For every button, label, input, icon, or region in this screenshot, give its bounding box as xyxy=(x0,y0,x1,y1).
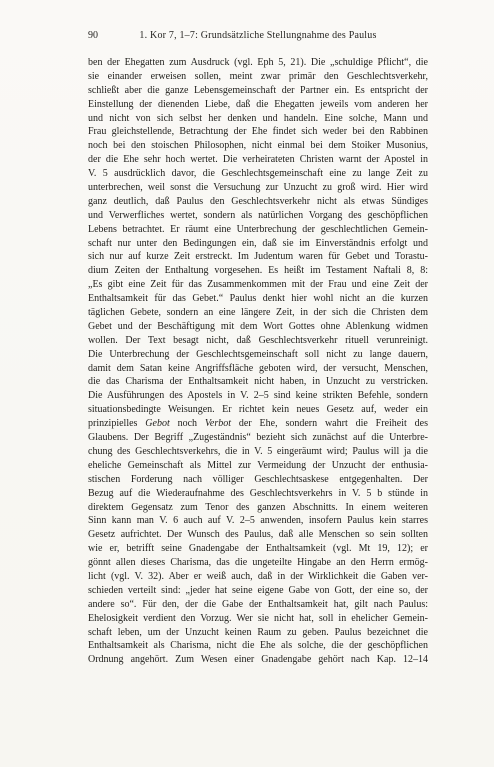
body-text-run: schaft leben, um der Unzucht keinen Raum… xyxy=(88,627,428,638)
body-text-run: Lebens betrachtet. Er räumt eine Unterbr… xyxy=(88,224,428,235)
body-text-run: Frau gleichstellende, Betrachtung der Eh… xyxy=(88,126,428,137)
text-line: unterbrechen, weil sonst die Versuchung … xyxy=(88,181,428,195)
body-text-run: Gebet und der Beschäftigung mit dem Wort… xyxy=(88,321,428,332)
text-line: V. 5 ausdrücklich davor, die Geschlechts… xyxy=(88,167,428,181)
body-text-run: schieden verteilt sind: „jeder hat seine… xyxy=(88,585,428,596)
text-line: Lebens betrachtet. Er räumt eine Unterbr… xyxy=(88,223,428,237)
text-line: sich nur auf kurze Zeit erstreckt. Im Ju… xyxy=(88,250,428,264)
body-text-run: chung des Geschlechtsverkehrs, die in V.… xyxy=(88,446,428,457)
body-text-run: gönnt allen dieses Charisma, das die ung… xyxy=(88,557,428,568)
body-text-run: Die Unterbrechung der Geschlechtsgemeins… xyxy=(88,349,428,360)
body-text-run: täglichen Gebete, sondern an eine länger… xyxy=(88,307,428,318)
text-line: wie er, betrifft seine Gnadengabe der En… xyxy=(88,542,428,556)
text-line: wollen. Der Text besagt nicht, daß Gesch… xyxy=(88,334,428,348)
body-text-run: stischen Forderung nach völliger Geschle… xyxy=(88,474,428,485)
body-text-run: Enthaltsamkeit für das Gebet.“ Paulus de… xyxy=(88,293,428,304)
body-text-run: Gesetz aufrichtet. Der Wunsch des Paulus… xyxy=(88,529,428,540)
body-text-run: Glaubens. Der Begriff „Zugeständnis“ bez… xyxy=(88,432,428,443)
text-line: prinzipielles Gebot noch Verbot der Ehe,… xyxy=(88,417,428,431)
body-text-run: wollen. Der Text besagt nicht, daß Gesch… xyxy=(88,335,428,346)
body-text-run: Einstellung der dienenden Liebe, daß die… xyxy=(88,99,428,110)
text-line: die das Charisma der Enthaltsamkeit nich… xyxy=(88,375,428,389)
text-line: Glaubens. Der Begriff „Zugeständnis“ bez… xyxy=(88,431,428,445)
body-text-run: prinzipielles xyxy=(88,418,145,429)
text-line: Sinn kann man V. 6 auch auf V. 2–5 anwen… xyxy=(88,514,428,528)
body-text-run: Die Ausführungen des Apostels in V. 2–5 … xyxy=(88,390,428,401)
text-line: Ehelosigkeit verdient den Vorzug. Wer si… xyxy=(88,612,428,626)
text-line: situationsbedingte Weisungen. Er richtet… xyxy=(88,403,428,417)
text-line: Ordnung angehört. Zum Wesen einer Gnaden… xyxy=(88,653,428,667)
body-text-run: Ordnung angehört. Zum Wesen einer Gnaden… xyxy=(88,654,428,665)
page-header: 90 1. Kor 7, 1–7: Grundsätzliche Stellun… xyxy=(88,30,428,44)
text-line: schieden verteilt sind: „jeder hat seine… xyxy=(88,584,428,598)
body-text-run: noch bei den stoischen Philosophen, nich… xyxy=(88,140,428,151)
text-line: Die Unterbrechung der Geschlechtsgemeins… xyxy=(88,348,428,362)
text-line: schaft leben, um der Unzucht keinen Raum… xyxy=(88,626,428,640)
text-line: schließt aber die ganze Lebensgemeinscha… xyxy=(88,84,428,98)
text-line: und nicht von sich selbst her denken und… xyxy=(88,112,428,126)
text-line: 6Die Ausführungen des Apostels in V. 2–5… xyxy=(88,389,428,403)
text-line: Enthaltsamkeit als Charisma, nicht die E… xyxy=(88,639,428,653)
body-text-run: schließt aber die ganze Lebensgemeinscha… xyxy=(88,85,428,96)
text-line: schaft nur unter den Bedingungen ein, da… xyxy=(88,237,428,251)
body-text-run: Ehelosigkeit verdient den Vorzug. Wer si… xyxy=(88,613,428,624)
text-line: 5der die Ehe sehr hoch wertet. Die verhe… xyxy=(88,153,428,167)
body-text-run: direktem Gegensatz zum Tenor des ganzen … xyxy=(88,502,428,513)
emphasized-text: Gebot xyxy=(145,418,169,429)
body-text-run: und nicht von sich selbst her denken und… xyxy=(88,113,428,124)
body-text-run: wie er, betrifft seine Gnadengabe der En… xyxy=(88,543,428,554)
body-text-run: situationsbedingte Weisungen. Er richtet… xyxy=(88,404,428,415)
body-text-run: ganz deutlich, daß Paulus den Geschlecht… xyxy=(88,196,428,207)
body-text-run: und Verwerfliches wertet, sondern als na… xyxy=(88,210,428,221)
body-text-run: eheliche Gemeinschaft als Mittel zur Ver… xyxy=(88,460,428,471)
body-text-run: „Es gibt eine Zeit für das Zusammenkomme… xyxy=(88,279,428,290)
body-text-run: Bezug auf die Wiederaufnahme des Geschle… xyxy=(88,488,428,499)
text-line: noch bei den stoischen Philosophen, nich… xyxy=(88,139,428,153)
body-text-run: licht (vgl. V. 32). Aber er weiß auch, d… xyxy=(88,571,428,582)
text-line: andere so“. Für den, der die Gabe der En… xyxy=(88,598,428,612)
body-text-run: der die Ehe sehr hoch wertet. Die verhei… xyxy=(88,154,428,165)
body-text-run: damit dem Satan keine Angriffsfläche geb… xyxy=(88,363,428,374)
body-text-run: der Ehe, sondern wahrt die Freiheit des xyxy=(231,418,428,429)
text-line: Enthaltsamkeit für das Gebet.“ Paulus de… xyxy=(88,292,428,306)
body-text-run: dium Zeiten der Enthaltung vorgesehen. E… xyxy=(88,265,428,276)
text-line: direktem Gegensatz zum Tenor des ganzen … xyxy=(88,501,428,515)
text-line: damit dem Satan keine Angriffsfläche geb… xyxy=(88,362,428,376)
body-text-run: andere so“. Für den, der die Gabe der En… xyxy=(88,599,428,610)
body-text-run: sich nur auf kurze Zeit erstreckt. Im Ju… xyxy=(88,251,428,262)
text-line: sie einander erweisen sollen, meint zwar… xyxy=(88,70,428,84)
body-text-run: die das Charisma der Enthaltsamkeit nich… xyxy=(88,376,428,387)
body-text-run: ben der Ehegatten zum Ausdruck (vgl. Eph… xyxy=(88,57,428,68)
text-line: 7Gesetz aufrichtet. Der Wunsch des Paulu… xyxy=(88,528,428,542)
text-line: stischen Forderung nach völliger Geschle… xyxy=(88,473,428,487)
text-line: Bezug auf die Wiederaufnahme des Geschle… xyxy=(88,487,428,501)
body-text-run: Sinn kann man V. 6 auch auf V. 2–5 anwen… xyxy=(88,515,428,526)
book-page: 90 1. Kor 7, 1–7: Grundsätzliche Stellun… xyxy=(0,0,494,767)
body-text: ben der Ehegatten zum Ausdruck (vgl. Eph… xyxy=(88,56,428,667)
text-line: täglichen Gebete, sondern an eine länger… xyxy=(88,306,428,320)
text-line: und Verwerfliches wertet, sondern als na… xyxy=(88,209,428,223)
text-line: chung des Geschlechtsverkehrs, die in V.… xyxy=(88,445,428,459)
body-text-run: Enthaltsamkeit als Charisma, nicht die E… xyxy=(88,640,428,651)
body-text-run: V. 5 ausdrücklich davor, die Geschlechts… xyxy=(88,168,428,179)
body-text-run: sie einander erweisen sollen, meint zwar… xyxy=(88,71,428,82)
text-line: Gebet und der Beschäftigung mit dem Wort… xyxy=(88,320,428,334)
running-header: 1. Kor 7, 1–7: Grundsätzliche Stellungna… xyxy=(88,30,428,41)
text-line: dium Zeiten der Enthaltung vorgesehen. E… xyxy=(88,264,428,278)
text-line: eheliche Gemeinschaft als Mittel zur Ver… xyxy=(88,459,428,473)
text-line: ben der Ehegatten zum Ausdruck (vgl. Eph… xyxy=(88,56,428,70)
text-line: Frau gleichstellende, Betrachtung der Eh… xyxy=(88,125,428,139)
text-line: Einstellung der dienenden Liebe, daß die… xyxy=(88,98,428,112)
text-line: licht (vgl. V. 32). Aber er weiß auch, d… xyxy=(88,570,428,584)
body-text-run: schaft nur unter den Bedingungen ein, da… xyxy=(88,238,428,249)
text-line: ganz deutlich, daß Paulus den Geschlecht… xyxy=(88,195,428,209)
emphasized-text: Verbot xyxy=(205,418,231,429)
body-text-run: noch xyxy=(170,418,205,429)
body-text-run: unterbrechen, weil sonst die Versuchung … xyxy=(88,182,428,193)
text-line: „Es gibt eine Zeit für das Zusammenkomme… xyxy=(88,278,428,292)
text-line: gönnt allen dieses Charisma, das die ung… xyxy=(88,556,428,570)
